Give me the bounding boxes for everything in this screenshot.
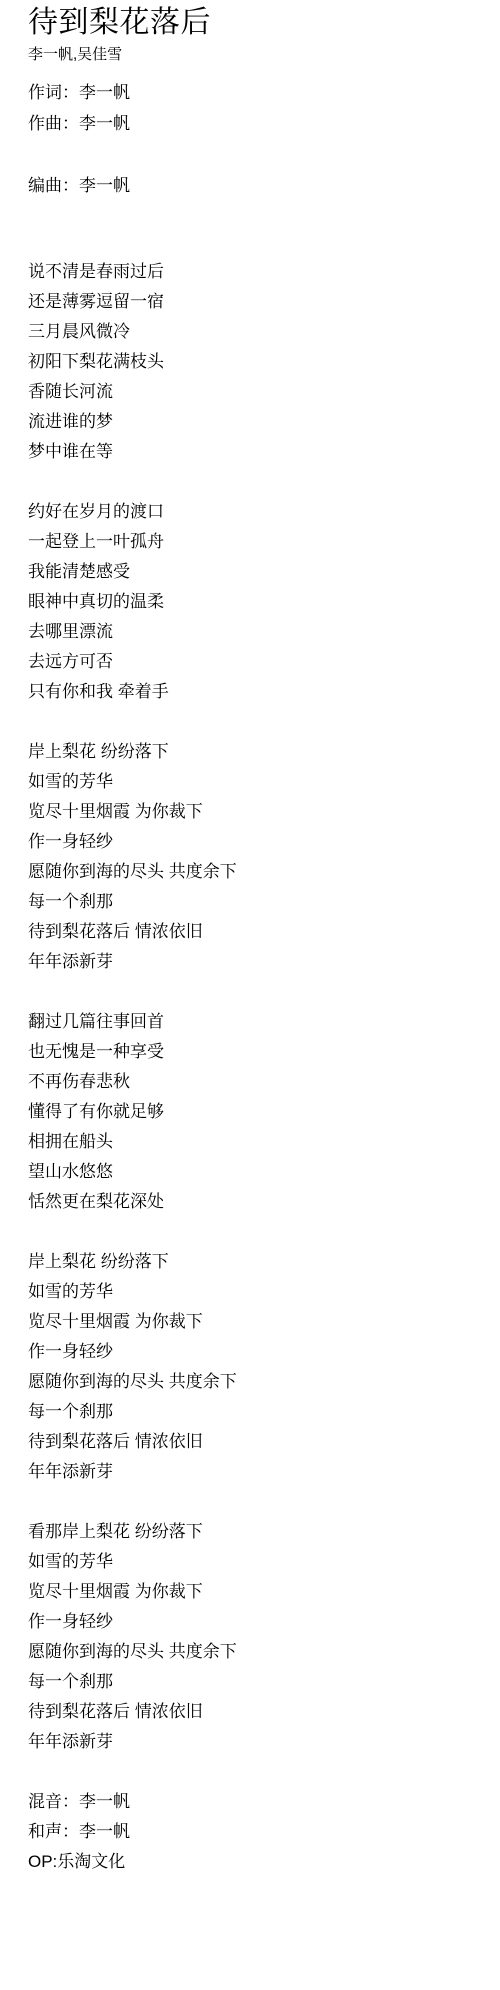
- lyric-line: 说不清是春雨过后: [28, 257, 480, 287]
- credit-op: OP:乐淘文化: [28, 1847, 480, 1877]
- lyric-line: 眼神中真切的温柔: [28, 587, 480, 617]
- lyric-line: 恬然更在梨花深处: [28, 1187, 480, 1217]
- lyrics-stanza: 说不清是春雨过后还是薄雾逗留一宿三月晨风微冷初阳下梨花满枝头香随长河流流进谁的梦…: [28, 257, 480, 467]
- lyric-line: 待到梨花落后 情浓依旧: [28, 1697, 480, 1727]
- lyrics-stanza: 岸上梨花 纷纷落下如雪的芳华览尽十里烟霞 为你裁下作一身轻纱愿随你到海的尽头 共…: [28, 1247, 480, 1487]
- lyric-line: 每一个刹那: [28, 1667, 480, 1697]
- lyric-line: 愿随你到海的尽头 共度余下: [28, 1637, 480, 1667]
- lyric-line: 每一个刹那: [28, 887, 480, 917]
- lyric-line: 看那岸上梨花 纷纷落下: [28, 1517, 480, 1547]
- lyric-line: 不再伤春悲秋: [28, 1067, 480, 1097]
- lyric-line: 作一身轻纱: [28, 827, 480, 857]
- lyric-line: 岸上梨花 纷纷落下: [28, 1247, 480, 1277]
- lyric-line: 懂得了有你就足够: [28, 1097, 480, 1127]
- credit-mixer: 混音：李一帆: [28, 1787, 480, 1817]
- lyric-line: 还是薄雾逗留一宿: [28, 287, 480, 317]
- lyrics-stanza: 岸上梨花 纷纷落下如雪的芳华览尽十里烟霞 为你裁下作一身轻纱愿随你到海的尽头 共…: [28, 737, 480, 977]
- lyric-line: 去远方可否: [28, 647, 480, 677]
- lyric-line: 愿随你到海的尽头 共度余下: [28, 857, 480, 887]
- lyric-line: 相拥在船头: [28, 1127, 480, 1157]
- lyric-line: 年年添新芽: [28, 1727, 480, 1757]
- credit-harmony: 和声：李一帆: [28, 1817, 480, 1847]
- lyric-line: 梦中谁在等: [28, 437, 480, 467]
- lyrics-stanza: 看那岸上梨花 纷纷落下如雪的芳华览尽十里烟霞 为你裁下作一身轻纱愿随你到海的尽头…: [28, 1517, 480, 1757]
- lyrics-body: 说不清是春雨过后还是薄雾逗留一宿三月晨风微冷初阳下梨花满枝头香随长河流流进谁的梦…: [28, 257, 480, 1757]
- lyric-line: 作一身轻纱: [28, 1337, 480, 1367]
- lyric-line: 每一个刹那: [28, 1397, 480, 1427]
- song-artists: 李一帆,吴佳雪: [28, 44, 480, 66]
- lyric-line: 如雪的芳华: [28, 1277, 480, 1307]
- lyric-line: 望山水悠悠: [28, 1157, 480, 1187]
- credits-block: 作词：李一帆 作曲：李一帆 编曲：李一帆: [28, 77, 480, 201]
- lyric-line: 作一身轻纱: [28, 1607, 480, 1637]
- lyric-line: 初阳下梨花满枝头: [28, 347, 480, 377]
- lyric-line: 一起登上一叶孤舟: [28, 527, 480, 557]
- lyric-line: 待到梨花落后 情浓依旧: [28, 1427, 480, 1457]
- lyrics-stanza: 约好在岁月的渡口一起登上一叶孤舟我能清楚感受眼神中真切的温柔去哪里漂流去远方可否…: [28, 497, 480, 707]
- lyric-line: 只有你和我 牵着手: [28, 677, 480, 707]
- lyric-line: 如雪的芳华: [28, 1547, 480, 1577]
- lyric-line: 三月晨风微冷: [28, 317, 480, 347]
- lyric-line: 去哪里漂流: [28, 617, 480, 647]
- credit-lyricist: 作词：李一帆: [28, 77, 480, 108]
- lyric-line: 览尽十里烟霞 为你裁下: [28, 797, 480, 827]
- lyric-line: 愿随你到海的尽头 共度余下: [28, 1367, 480, 1397]
- lyrics-page: 待到梨花落后 李一帆,吴佳雪 作词：李一帆 作曲：李一帆 编曲：李一帆 说不清是…: [0, 0, 500, 1990]
- lyric-line: 岸上梨花 纷纷落下: [28, 737, 480, 767]
- lyric-line: 待到梨花落后 情浓依旧: [28, 917, 480, 947]
- song-title: 待到梨花落后: [28, 4, 480, 42]
- credit-arranger: 编曲：李一帆: [28, 170, 480, 201]
- lyric-line: 如雪的芳华: [28, 767, 480, 797]
- lyric-line: 约好在岁月的渡口: [28, 497, 480, 527]
- lyric-line: 香随长河流: [28, 377, 480, 407]
- credit-composer: 作曲：李一帆: [28, 108, 480, 139]
- lyric-line: 流进谁的梦: [28, 407, 480, 437]
- lyrics-stanza: 翻过几篇往事回首也无愧是一种享受不再伤春悲秋懂得了有你就足够相拥在船头望山水悠悠…: [28, 1007, 480, 1217]
- lyric-line: 览尽十里烟霞 为你裁下: [28, 1577, 480, 1607]
- lyric-line: 年年添新芽: [28, 947, 480, 977]
- footer-credits: 混音：李一帆 和声：李一帆 OP:乐淘文化: [28, 1787, 480, 1987]
- lyric-line: 年年添新芽: [28, 1457, 480, 1487]
- lyric-line: 我能清楚感受: [28, 557, 480, 587]
- lyric-line: 览尽十里烟霞 为你裁下: [28, 1307, 480, 1337]
- lyric-line: 也无愧是一种享受: [28, 1037, 480, 1067]
- lyric-line: 翻过几篇往事回首: [28, 1007, 480, 1037]
